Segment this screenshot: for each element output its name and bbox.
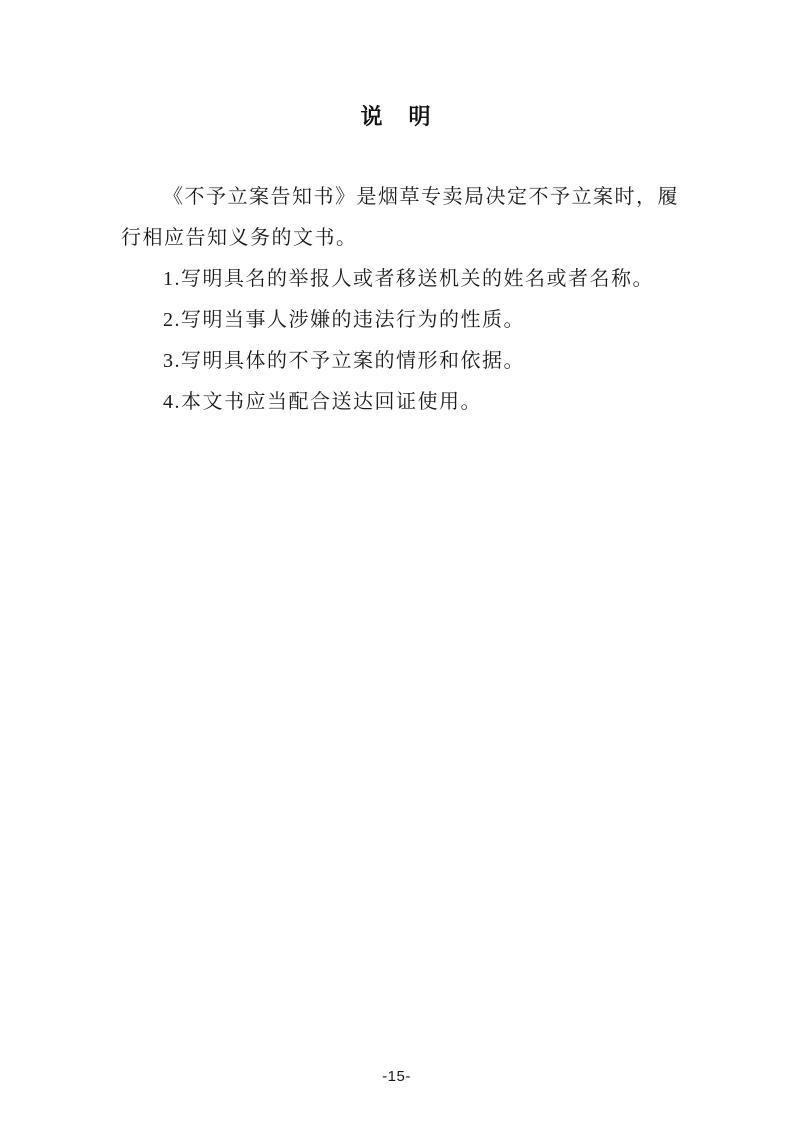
document-body: 《不予立案告知书》是烟草专卖局决定不予立案时，履行相应告知义务的文书。 1.写明… xyxy=(121,177,681,423)
explanation-item: 3.写明具体的不予立案的情形和依据。 xyxy=(121,341,681,382)
explanation-item: 4.本文书应当配合送达回证使用。 xyxy=(121,382,681,423)
document-page: 说 明 《不予立案告知书》是烟草专卖局决定不予立案时，履行相应告知义务的文书。 … xyxy=(0,0,793,1122)
page-number: -15- xyxy=(0,1068,793,1085)
page-title: 说 明 xyxy=(0,100,793,131)
explanation-item: 1.写明具名的举报人或者移送机关的姓名或者名称。 xyxy=(121,259,681,300)
explanation-item: 2.写明当事人涉嫌的违法行为的性质。 xyxy=(121,300,681,341)
intro-paragraph: 《不予立案告知书》是烟草专卖局决定不予立案时，履行相应告知义务的文书。 xyxy=(121,177,681,259)
